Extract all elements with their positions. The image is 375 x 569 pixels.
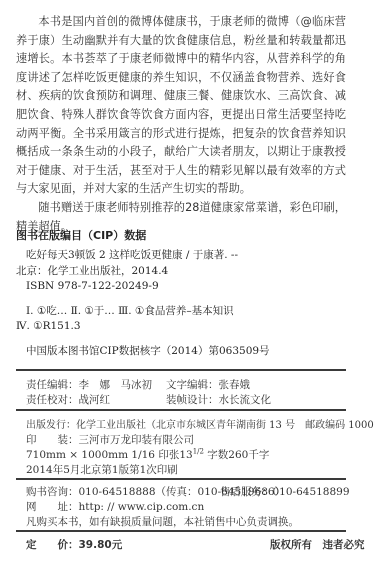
website: 网 址：http: // www.cip.com.cn (26, 499, 204, 514)
value: 张春娥 (219, 379, 251, 391)
cip-title-line: 吃好每天3顿饭 2 这样吃饭更健康 / 于康著. -- (16, 248, 346, 264)
value: 战河红 (79, 394, 111, 406)
label: 装帧设计： (166, 394, 219, 406)
price: 定 价：39.80元 (26, 537, 122, 552)
value: 李 娜 马冰初 (79, 379, 153, 391)
value: 化学工业出版社（北京市东城区青年湖南街 13 号 邮政编码 100011） (76, 420, 375, 431)
copyright-notice: 版权所有 违者必究 (270, 537, 365, 552)
cip-verification-line: 中国版本图书馆CIP数据核字（2014）第063509号 (16, 344, 346, 360)
cip-data-block: 吃好每天3顿饭 2 这样吃饭更健康 / 于康著. -- 北京：化学工业出版社，2… (16, 248, 346, 359)
edition-info: 2014年5月北京第1版第1次印刷 (26, 462, 178, 477)
value: 水长流文化 (219, 394, 272, 406)
label: 责任编辑： (26, 379, 79, 391)
label: 出版发行： (26, 420, 76, 431)
text-editor: 文字编辑：张春娥 (166, 377, 250, 392)
divider (16, 369, 346, 371)
cover-design: 装帧设计：水长流文化 (166, 392, 271, 407)
exchange-notice: 凡购买本书，如有缺损质量问题，本社销售中心负责调换。 (26, 514, 299, 529)
cip-heading: 图书在版编目（CIP）数据 (16, 227, 146, 243)
cip-classification-line: Ⅳ. ①R151.3 (16, 319, 346, 335)
value: 010-64518899 (273, 486, 350, 498)
divider (16, 530, 346, 532)
label: 文字编辑： (166, 379, 219, 391)
after-sales: 售后服务：010-64518899 (220, 484, 350, 499)
label: 售后服务： (220, 486, 273, 498)
value: 三河市万龙印装有限公司 (79, 434, 195, 446)
publisher: 出版发行：化学工业出版社（北京市东城区青年湖南街 13 号 邮政编码 10001… (26, 416, 375, 431)
website-link[interactable]: http: // www.cip.com.cn (79, 501, 205, 513)
cip-publisher-line: 北京：化学工业出版社，2014.4 (16, 264, 346, 280)
label: 网 址： (26, 501, 79, 513)
format-info: 710mm × 1000mm 1/16 印张131/2 字数260千字 (26, 447, 269, 462)
responsible-editor: 责任编辑：李 娜 马冰初 (26, 377, 152, 392)
value: 39.80元 (79, 539, 123, 551)
label: 印 装： (26, 434, 79, 446)
divider (16, 409, 346, 411)
intro-paragraph: 本书是国内首创的微博体健康书，于康老师的微博（@临床营养于康）生动幽默并有大量的… (16, 13, 346, 199)
book-introduction: 本书是国内首创的微博体健康书，于康老师的微博（@临床营养于康）生动幽默并有大量的… (16, 13, 346, 236)
printer: 印 装：三河市万龙印装有限公司 (26, 432, 194, 447)
label: 购书咨询： (26, 486, 79, 498)
divider (16, 478, 346, 480)
label: 责任校对： (26, 394, 79, 406)
label: 定 价： (26, 539, 79, 551)
proofreader: 责任校对：战河红 (26, 392, 110, 407)
cip-subject-line: Ⅰ. ①吃… Ⅱ. ①于… Ⅲ. ①食品营养–基本知识 (16, 304, 346, 320)
cip-isbn-line: ISBN 978-7-122-20249-9 (16, 279, 346, 295)
